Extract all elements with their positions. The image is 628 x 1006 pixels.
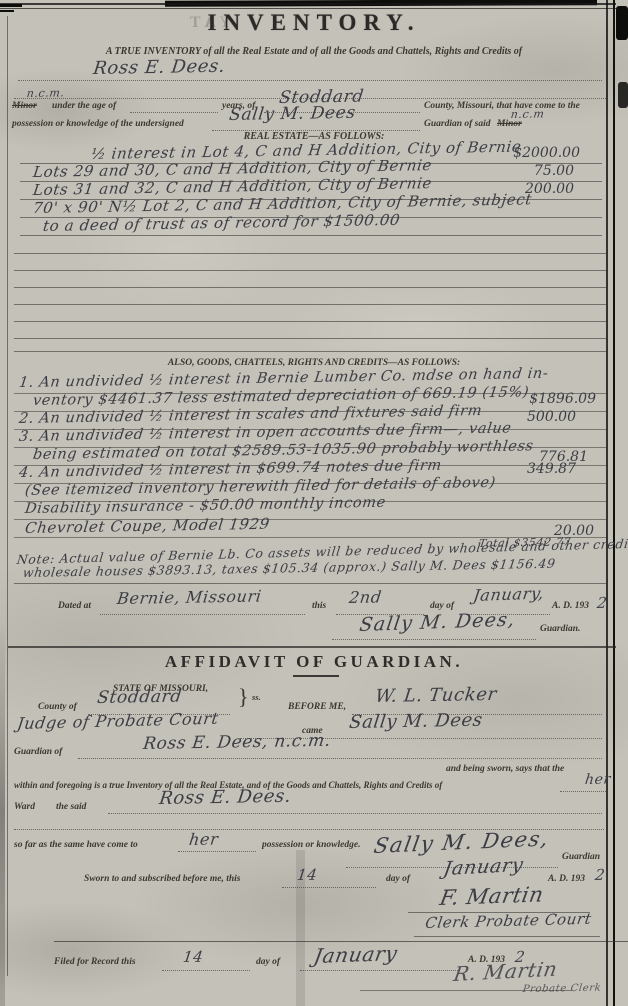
section-divider — [8, 646, 616, 648]
dotted-line — [18, 79, 602, 81]
her-1: her — [584, 772, 612, 788]
county-rest-text: County, Missouri, that have come to the — [424, 101, 580, 111]
chattel-text: Chevrolet Coupe, Model 1929 — [24, 515, 271, 537]
ss-label: ss. — [252, 692, 261, 702]
officer-name: W. L. Tucker — [374, 684, 498, 707]
affidavit-ward-name: Ross E. Dees, n.c.m. — [142, 731, 332, 754]
filed-label: Filed for Record this — [54, 957, 136, 967]
chattel-amount: $1896.09 — [529, 391, 596, 407]
clerk-signature-title: Probate Clerk — [522, 983, 602, 995]
sworn-day: 14 — [296, 866, 319, 884]
clerk-signature: R. Martin — [452, 957, 559, 986]
ruled-line — [14, 351, 606, 352]
re-item-amount: 75.00 — [534, 163, 574, 179]
document-title: INVENTORY. — [0, 10, 628, 36]
top-rule — [0, 3, 616, 5]
dated-at-label: Dated at — [58, 601, 91, 611]
dated-month: January, — [472, 584, 546, 605]
dotted-line — [178, 850, 256, 852]
chattel-amount: 349.87 — [527, 461, 576, 477]
dotted-line — [300, 969, 460, 971]
possession-text: possession or knowledge of the undersign… — [12, 119, 184, 129]
filed-day-of-label: day of — [256, 957, 280, 967]
ruled-line — [14, 321, 606, 322]
sworn-subscribed-text: Sworn to and subscribed before me, this — [84, 874, 241, 884]
ad-label: A. D. 193 — [552, 601, 589, 611]
day-of-label: day of — [430, 601, 454, 611]
possession-or-knowledge: possession or knowledge. — [262, 840, 360, 850]
ruled-line — [14, 253, 606, 254]
ruled-line — [14, 304, 606, 305]
guardian-signature: Sally M. Dees, — [358, 609, 517, 636]
filed-month: January — [312, 941, 400, 968]
ruled-line — [14, 287, 606, 288]
affidavit-signature-label: Guardian — [562, 852, 600, 862]
so-far-text: so far as the same have come to — [14, 840, 138, 850]
ruled-line — [14, 270, 606, 271]
dotted-line — [560, 790, 606, 792]
before-me-label: BEFORE ME, — [288, 702, 346, 712]
chattel-row: Chevrolet Coupe, Model 1929 20.00 — [14, 519, 606, 538]
left-edge-smear — [0, 620, 5, 1006]
right-border-line — [606, 0, 608, 1006]
top-left-mark — [0, 4, 22, 7]
sworn-year: 2 — [594, 866, 606, 884]
heading-underline — [293, 675, 339, 677]
right-edge-blotch2 — [618, 82, 628, 108]
dotted-line — [282, 886, 376, 888]
dotted-line — [332, 638, 536, 640]
ruled-line — [54, 941, 628, 942]
scanned-inventory-document: YAT INVENTORY. A TRUE INVENTORY of all t… — [0, 0, 628, 1006]
document-subtitle: A TRUE INVENTORY of all the Real Estate … — [0, 46, 628, 57]
being-sworn-text: and being sworn, says that the — [446, 764, 564, 774]
guardian-rest-text: Guardian of said — [424, 119, 491, 129]
officer-title-handwritten: Judge of Probate Court — [16, 709, 220, 733]
signature-line — [414, 936, 600, 937]
ward-name-handwritten: Ross E. Dees. — [92, 56, 227, 79]
minor-label: Minor — [12, 101, 37, 111]
dotted-line — [100, 613, 305, 615]
real-estate-row: to a deed of trust as of record for $150… — [20, 217, 602, 236]
sworn-ad-label: A. D. 193 — [548, 874, 585, 884]
guardian-name-handwritten: Sally M. Dees — [228, 103, 357, 125]
dated-place: Bernie, Missouri — [116, 586, 263, 608]
affidavit-county: Stoddard — [96, 687, 183, 708]
top-rule-thin — [0, 8, 616, 9]
brace: } — [238, 684, 249, 710]
ncm-correction-2: n.c.m — [510, 107, 545, 121]
under-age-text: under the age of — [52, 101, 116, 111]
officer-signature: F. Martin — [438, 882, 546, 910]
ward-label: Ward — [14, 802, 35, 812]
affidavit-heading: AFFIDAVIT OF GUARDIAN. — [0, 652, 628, 672]
right-border-line-outer — [613, 0, 615, 1006]
ward-name-2: Ross E. Dees. — [158, 786, 293, 809]
dotted-line — [78, 757, 602, 759]
ruled-line — [14, 338, 606, 339]
sworn-day-of-label: day of — [386, 874, 410, 884]
left-border-line — [7, 16, 8, 976]
guardian-of-label: Guardian of — [14, 747, 62, 757]
dotted-line — [162, 969, 250, 971]
chattel-amount: 500.00 — [527, 409, 576, 425]
dotted-line — [108, 812, 602, 814]
the-said-label: the said — [56, 802, 86, 812]
re-item-amount: $2000.00 — [513, 145, 580, 161]
filed-day: 14 — [182, 948, 205, 966]
officer-signature-title: Clerk Probate Court — [424, 910, 593, 932]
dotted-line — [130, 111, 218, 113]
dated-day: 2nd — [348, 587, 383, 607]
guardian-label: Guardian. — [540, 624, 580, 634]
ncm-correction: n.c.m. — [26, 86, 65, 100]
affidavit-guardian-name: Sally M. Dees — [348, 710, 484, 733]
sworn-month: January — [442, 854, 525, 880]
this-label: this — [312, 601, 326, 611]
her-2: her — [188, 829, 220, 849]
signature-line — [360, 990, 572, 991]
county-of-label: County of — [38, 702, 77, 712]
